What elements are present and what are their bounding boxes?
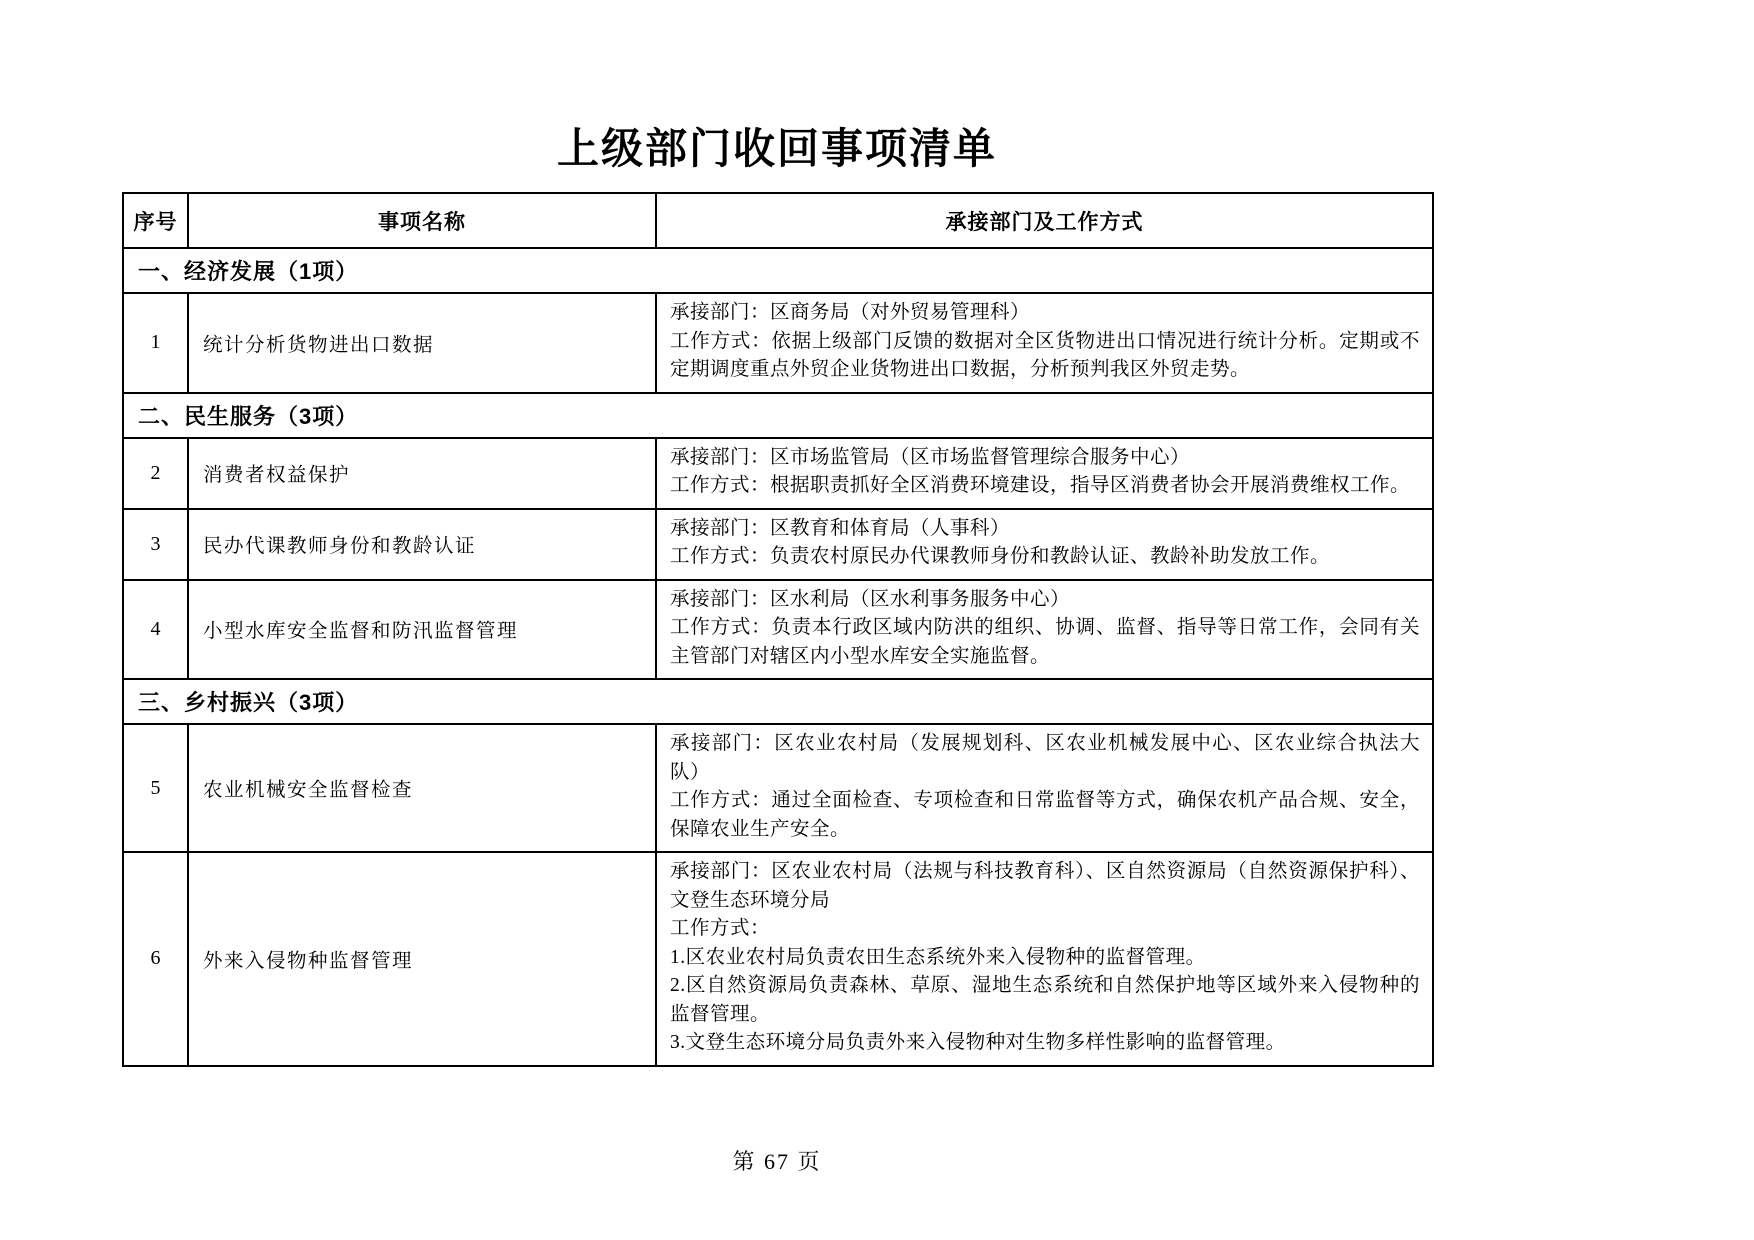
- item-name-cell: 农业机械安全监督检查: [188, 724, 656, 852]
- section-header-row: 一、经济发展（1项）: [123, 248, 1433, 293]
- section-header-row: 二、民生服务（3项）: [123, 393, 1433, 438]
- table-row: 4 小型水库安全监督和防汛监督管理 承接部门：区水利局（区水利事务服务中心） 工…: [123, 580, 1433, 680]
- row-number-cell: 6: [123, 852, 188, 1066]
- section-title: 三、乡村振兴（3项）: [123, 679, 1433, 724]
- section-title: 一、经济发展（1项）: [123, 248, 1433, 293]
- page-number: 第 67 页: [122, 1145, 1432, 1176]
- item-name-cell: 统计分析货物进出口数据: [188, 293, 656, 393]
- item-detail-cell: 承接部门：区农业农村局（发展规划科、区农业机械发展中心、区农业综合执法大队） 工…: [656, 724, 1433, 852]
- table-row: 5 农业机械安全监督检查 承接部门：区农业农村局（发展规划科、区农业机械发展中心…: [123, 724, 1433, 852]
- item-detail-cell: 承接部门：区农业农村局（法规与科技教育科）、区自然资源局（自然资源保护科）、文登…: [656, 852, 1433, 1066]
- header-cell-name: 事项名称: [188, 193, 656, 248]
- item-detail-cell: 承接部门：区水利局（区水利事务服务中心） 工作方式：负责本行政区域内防洪的组织、…: [656, 580, 1433, 680]
- section-title: 二、民生服务（3项）: [123, 393, 1433, 438]
- header-cell-detail: 承接部门及工作方式: [656, 193, 1433, 248]
- page-title: 上级部门收回事项清单: [122, 116, 1432, 176]
- section-header-row: 三、乡村振兴（3项）: [123, 679, 1433, 724]
- item-detail-cell: 承接部门：区教育和体育局（人事科） 工作方式：负责农村原民办代课教师身份和教龄认…: [656, 509, 1433, 580]
- item-detail-cell: 承接部门：区市场监管局（区市场监督管理综合服务中心） 工作方式：根据职责抓好全区…: [656, 438, 1433, 509]
- item-detail-cell: 承接部门：区商务局（对外贸易管理科） 工作方式：依据上级部门反馈的数据对全区货物…: [656, 293, 1433, 393]
- table-row: 6 外来入侵物种监督管理 承接部门：区农业农村局（法规与科技教育科）、区自然资源…: [123, 852, 1433, 1066]
- item-name-cell: 民办代课教师身份和教龄认证: [188, 509, 656, 580]
- header-cell-no: 序号: [123, 193, 188, 248]
- row-number-cell: 2: [123, 438, 188, 509]
- document-content: 上级部门收回事项清单 序号 事项名称 承接部门及工作方式 一、经济发展（1项） …: [122, 0, 1432, 1176]
- table-row: 3 民办代课教师身份和教龄认证 承接部门：区教育和体育局（人事科） 工作方式：负…: [123, 509, 1433, 580]
- item-name-cell: 消费者权益保护: [188, 438, 656, 509]
- row-number-cell: 3: [123, 509, 188, 580]
- row-number-cell: 1: [123, 293, 188, 393]
- item-name-cell: 外来入侵物种监督管理: [188, 852, 656, 1066]
- row-number-cell: 4: [123, 580, 188, 680]
- table-row: 1 统计分析货物进出口数据 承接部门：区商务局（对外贸易管理科） 工作方式：依据…: [123, 293, 1433, 393]
- row-number-cell: 5: [123, 724, 188, 852]
- table-row: 2 消费者权益保护 承接部门：区市场监管局（区市场监督管理综合服务中心） 工作方…: [123, 438, 1433, 509]
- document-page: 上级部门收回事项清单 序号 事项名称 承接部门及工作方式 一、经济发展（1项） …: [0, 0, 1754, 1240]
- table-header-row: 序号 事项名称 承接部门及工作方式: [123, 193, 1433, 248]
- item-name-cell: 小型水库安全监督和防汛监督管理: [188, 580, 656, 680]
- items-table: 序号 事项名称 承接部门及工作方式 一、经济发展（1项） 1 统计分析货物进出口…: [122, 192, 1434, 1067]
